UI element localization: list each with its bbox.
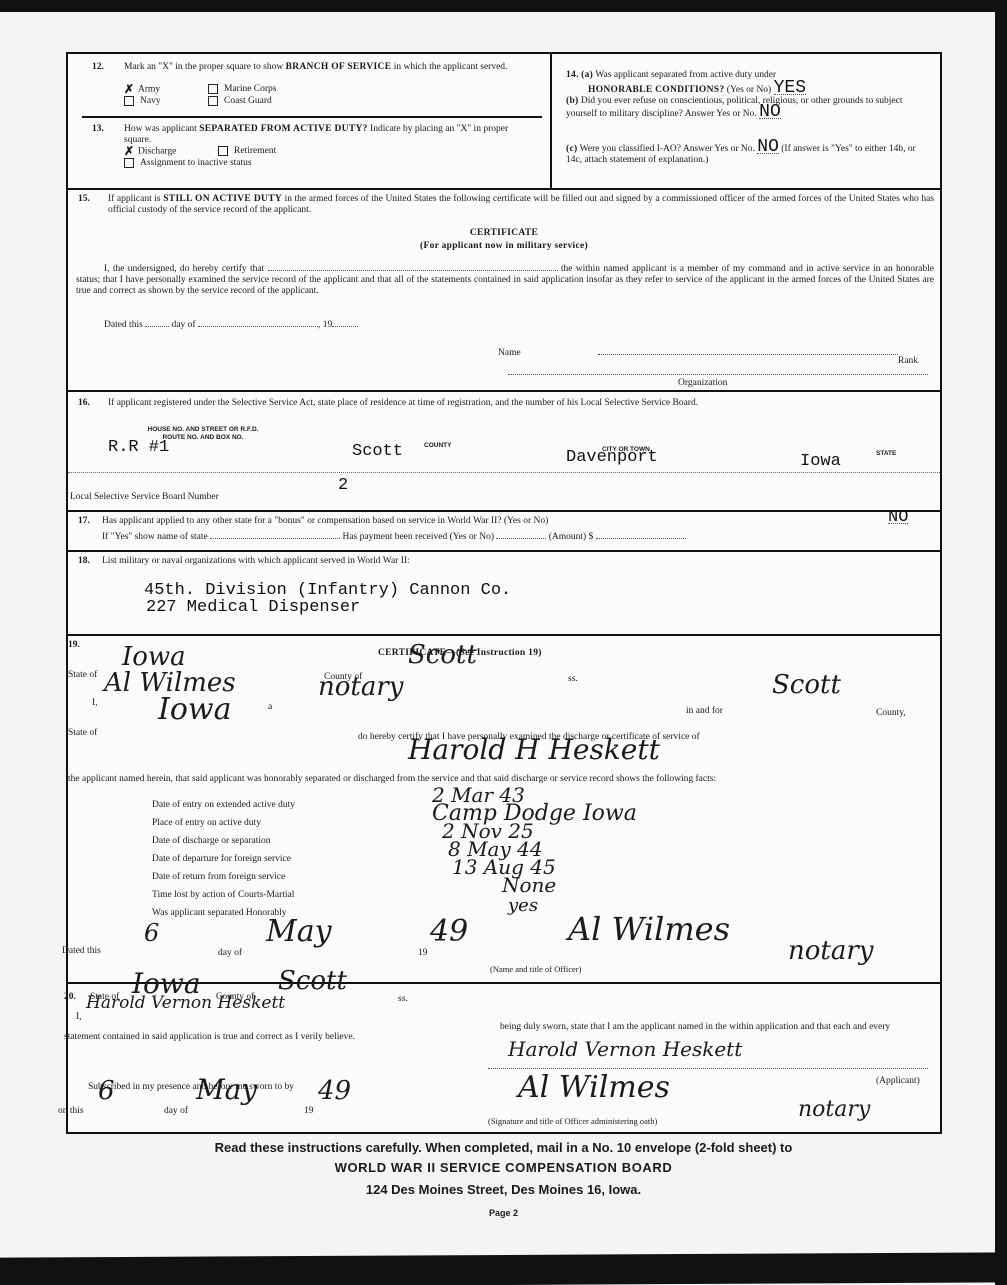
branch-marine-corps[interactable]: Marine Corps: [208, 84, 277, 95]
divider: [68, 634, 940, 636]
scan-border-bottom: [0, 1252, 1007, 1285]
dated-line: Dated this day of , 19: [104, 320, 358, 331]
cert-officer-title[interactable]: notary: [318, 682, 403, 693]
applicant-signature[interactable]: Harold Vernon Heskett: [508, 1044, 742, 1055]
oath-day[interactable]: 6: [98, 1086, 115, 1097]
fact-row: Date of discharge or separation 2 Nov 25: [152, 836, 672, 854]
cert-in-for-county[interactable]: Scott: [772, 680, 841, 691]
cert-state-2[interactable]: Iowa: [158, 704, 231, 715]
branch-navy[interactable]: Navy: [124, 96, 161, 107]
other-state-name-field[interactable]: [210, 538, 340, 539]
oath-officer-title[interactable]: notary: [798, 1104, 870, 1115]
checkbox-empty-icon[interactable]: [208, 96, 218, 106]
branch-coast-guard[interactable]: Coast Guard: [208, 96, 272, 107]
footer-instructions: Read these instructions carefully. When …: [0, 1140, 1007, 1155]
scan-border-top: [0, 0, 1007, 12]
organization-field[interactable]: [508, 366, 928, 375]
day-field[interactable]: [145, 326, 169, 327]
divider: [68, 550, 940, 552]
cert-applicant-name[interactable]: Harold H Heskett: [408, 744, 660, 755]
checkbox-empty-icon[interactable]: [124, 158, 134, 168]
separation-inactive[interactable]: Assignment to inactive status: [124, 158, 252, 169]
checkbox-checked-icon[interactable]: ✗: [124, 84, 133, 95]
organizations-list: 45th. Division (Infantry) Cannon Co. 227…: [144, 582, 511, 616]
footer-address: 124 Des Moines Street, Des Moines 16, Io…: [0, 1182, 1007, 1197]
residence-street[interactable]: R.R #1: [108, 442, 169, 453]
checkbox-empty-icon[interactable]: [218, 146, 228, 156]
board-number[interactable]: 2: [338, 480, 348, 491]
divider: [68, 188, 940, 190]
residence-state[interactable]: Iowa: [800, 456, 841, 467]
month-field[interactable]: [198, 326, 318, 327]
cert-officer-name[interactable]: Al Wilmes: [104, 678, 236, 689]
oath-applicant-name[interactable]: Harold Vernon Heskett: [86, 998, 285, 1009]
payment-received-field[interactable]: [496, 538, 546, 539]
question-19: 19. CERTIFICATE—(See Instruction 19) Sta…: [68, 640, 940, 980]
oath-month[interactable]: May: [196, 1084, 257, 1095]
officer-signature[interactable]: Al Wilmes: [568, 924, 730, 935]
other-state-bonus-answer[interactable]: NO: [888, 512, 908, 524]
cert-day[interactable]: 6: [144, 928, 159, 939]
certifier-field[interactable]: [268, 270, 558, 271]
year-field[interactable]: [332, 326, 358, 327]
fact-row: Date of return from foreign service 13 A…: [152, 872, 672, 890]
certificate-title: CERTIFICATE: [68, 228, 940, 239]
cert-state[interactable]: Iowa: [122, 652, 186, 663]
officer-title-signature[interactable]: notary: [788, 946, 873, 957]
scan-border-right: [995, 0, 1007, 1285]
certificate-subtitle: (For applicant now in military service): [68, 241, 940, 252]
cert-month[interactable]: May: [266, 926, 332, 937]
oath-year[interactable]: 49: [318, 1086, 351, 1097]
separation-discharge[interactable]: ✗Discharge: [124, 146, 176, 158]
branch-army[interactable]: ✗Army: [124, 84, 160, 96]
checkbox-empty-icon[interactable]: [208, 84, 218, 94]
column-divider: [550, 54, 552, 188]
q12-number: 12.: [92, 62, 104, 73]
separation-retirement[interactable]: Retirement: [218, 146, 276, 157]
footer-board-name: WORLD WAR II SERVICE COMPENSATION BOARD: [0, 1160, 1007, 1175]
divider: [68, 390, 940, 392]
facts-list: Date of entry on extended active duty 2 …: [152, 800, 672, 926]
page-number: Page 2: [0, 1208, 1007, 1218]
residence-city[interactable]: Davenport: [566, 452, 658, 463]
cert-year[interactable]: 49: [430, 926, 468, 937]
organization-item: 45th. Division (Infantry) Cannon Co.: [144, 582, 511, 599]
oath-county[interactable]: Scott: [278, 976, 347, 987]
name-field[interactable]: [598, 344, 898, 355]
oath-state[interactable]: Iowa: [132, 978, 201, 989]
divider: [68, 510, 940, 512]
fact-row: Place of entry on active duty Camp Dodge…: [152, 818, 672, 836]
organization-item: 227 Medical Dispenser: [144, 599, 511, 616]
oath-officer-signature[interactable]: Al Wilmes: [518, 1082, 670, 1093]
fact-row: Date of departure for foreign service 8 …: [152, 854, 672, 872]
classified-1ao-answer[interactable]: NO: [757, 142, 779, 154]
divider: [82, 116, 542, 118]
residence-county[interactable]: Scott: [352, 446, 403, 457]
form-frame: 12. Mark an "X" in the proper square to …: [66, 52, 942, 1134]
cert-county[interactable]: Scott: [408, 650, 477, 661]
question-20: 20. State of Iowa County of Scott ss. I,…: [68, 986, 940, 1126]
checkbox-empty-icon[interactable]: [124, 96, 134, 106]
amount-field[interactable]: [596, 538, 686, 539]
fact-row: Time lost by action of Courts-Martial No…: [152, 890, 672, 908]
refuse-discipline-answer[interactable]: NO: [759, 107, 781, 119]
honorable-answer[interactable]: YES: [774, 83, 806, 95]
checkbox-checked-icon[interactable]: ✗: [124, 146, 133, 157]
